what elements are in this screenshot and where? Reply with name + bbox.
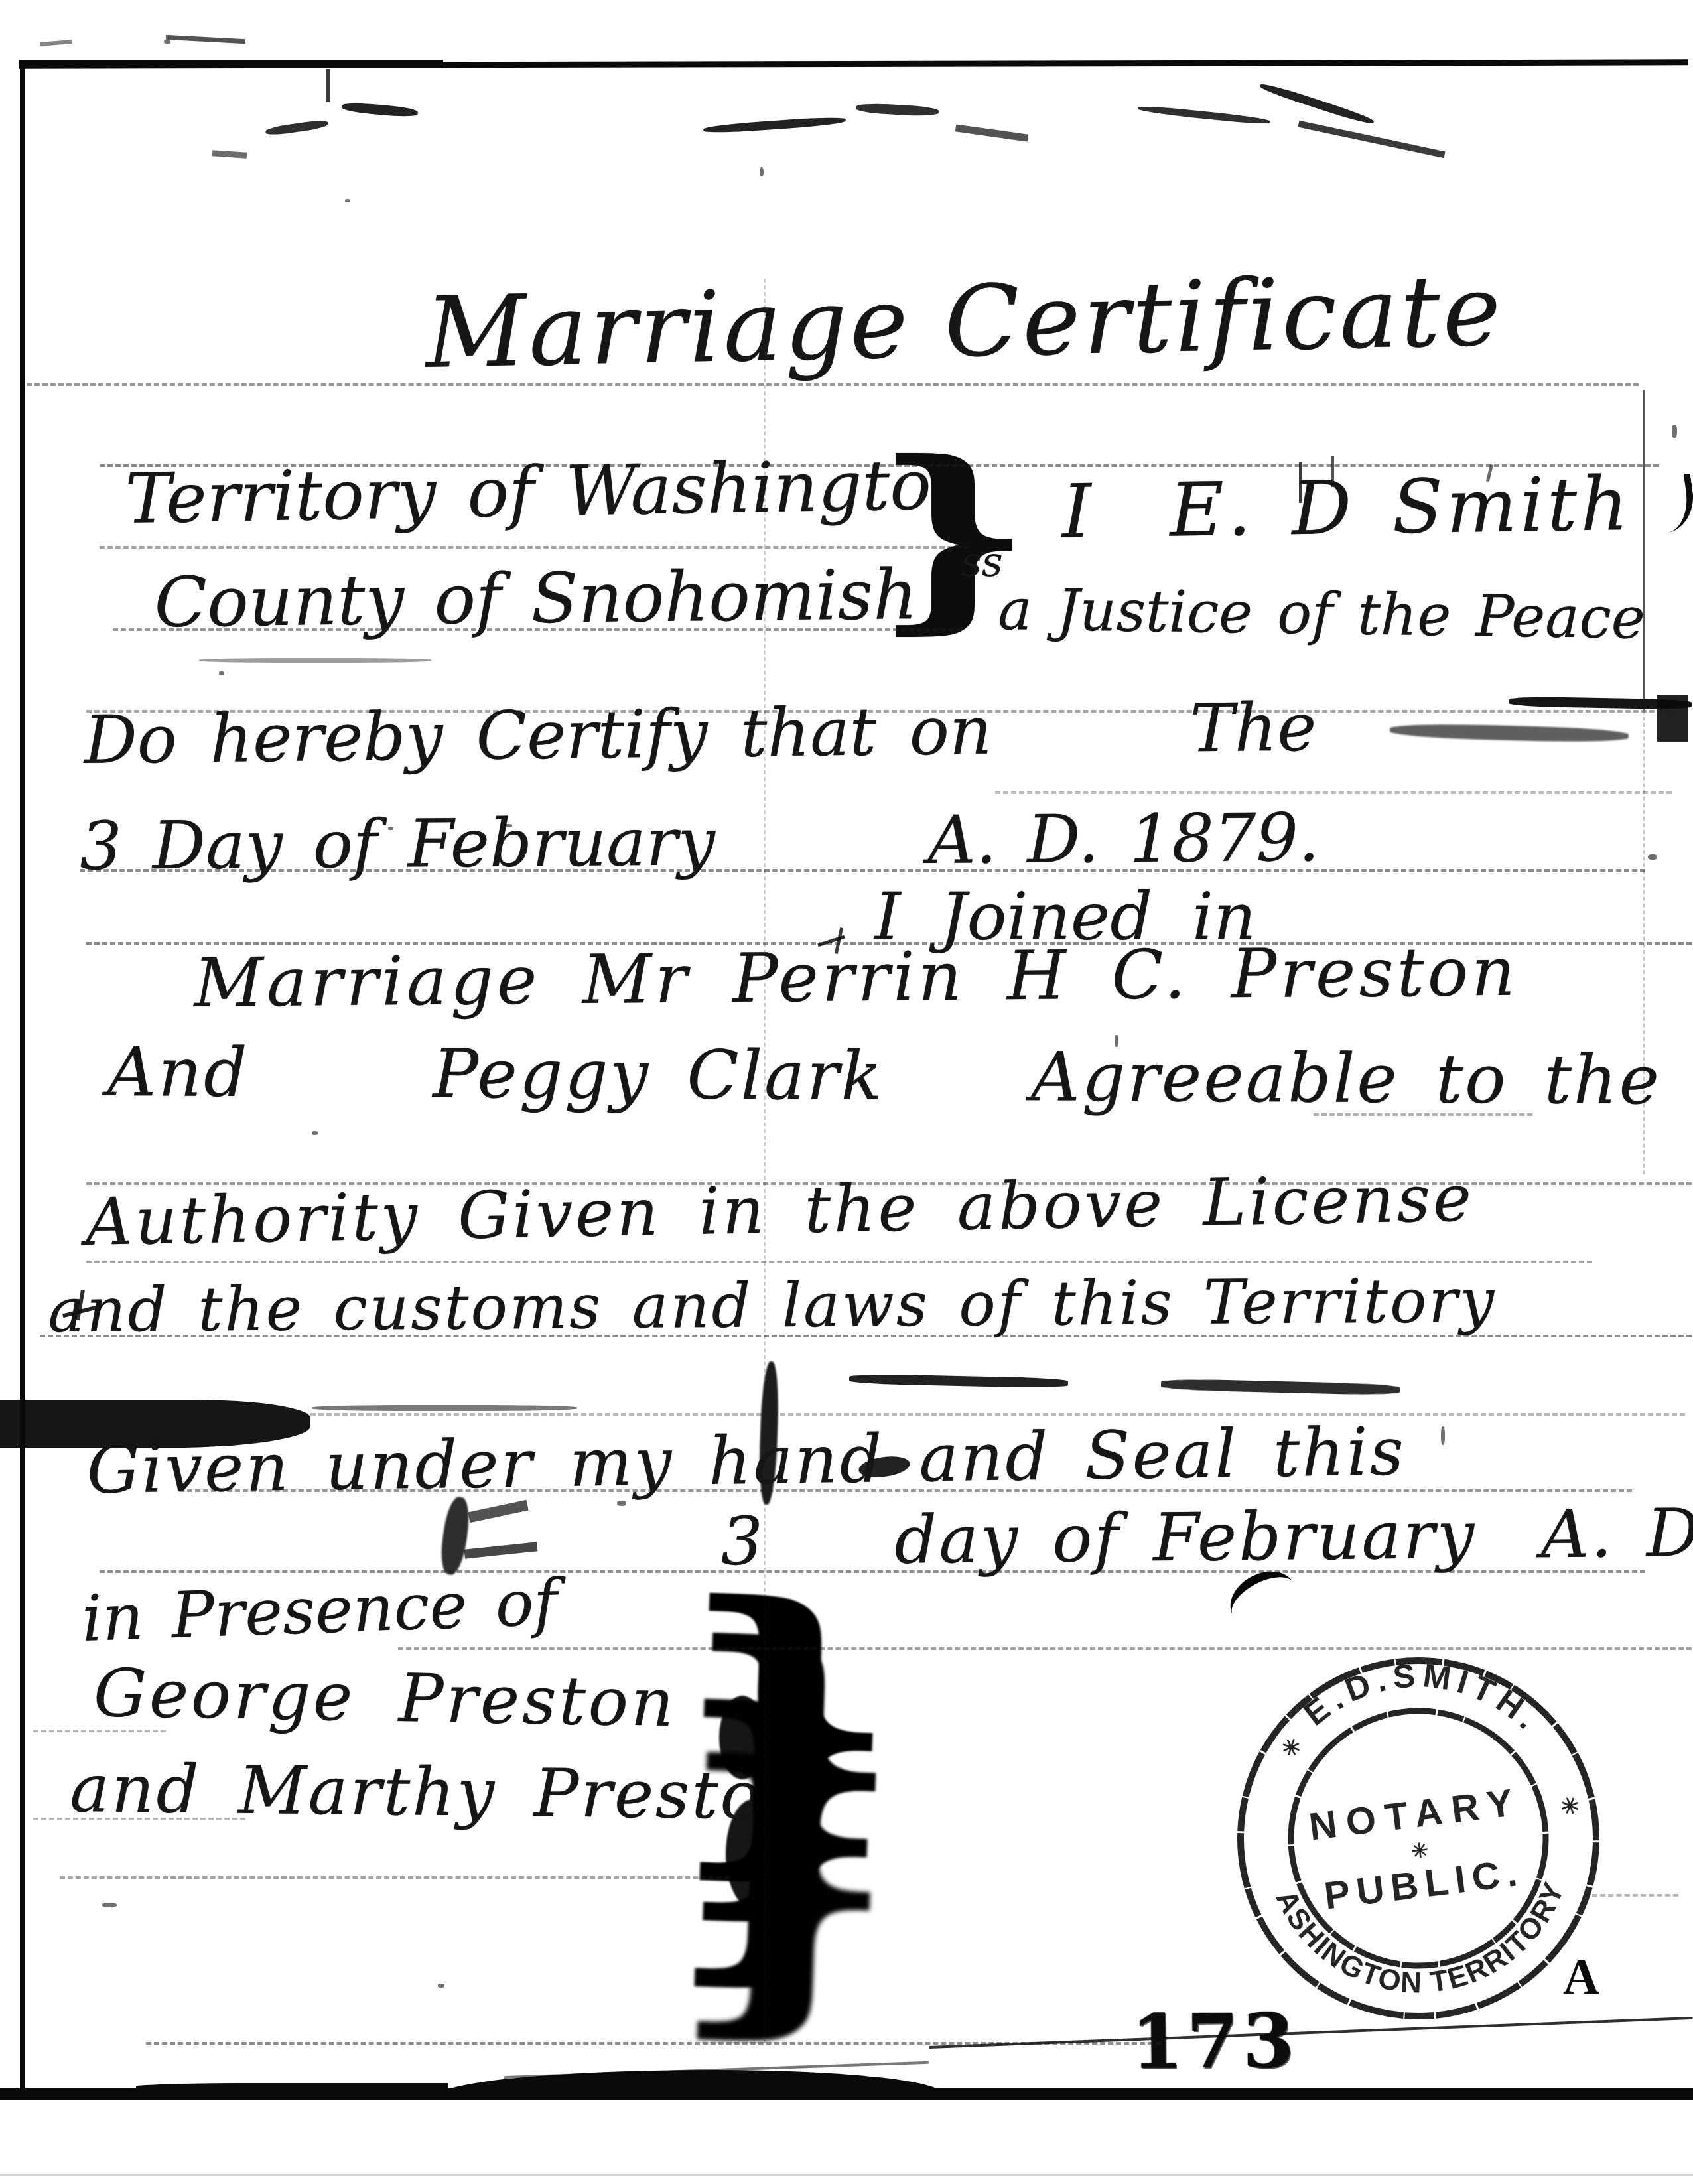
ruled-line bbox=[86, 1261, 1592, 1263]
officiant-name: I E. D Smith bbox=[1061, 467, 1632, 549]
scan-left-border bbox=[20, 61, 25, 2099]
ink-smudge bbox=[1657, 695, 1688, 742]
body-line-groom: Marriage Mr Perrin H C. Preston bbox=[194, 939, 1519, 1018]
body-line-certify: Do hereby Certify that on The bbox=[84, 695, 1317, 774]
witness-brace-blot: } bbox=[667, 1563, 909, 1883]
fold-line bbox=[1643, 390, 1645, 710]
document-title: Marriage Certificate bbox=[425, 261, 1505, 382]
ruled-line bbox=[86, 710, 1678, 713]
ruled-line bbox=[995, 791, 1672, 794]
ink-blot-char bbox=[464, 1542, 538, 1558]
ink-speck bbox=[388, 827, 393, 830]
ink-speck bbox=[438, 1984, 444, 1988]
ink-speck bbox=[1441, 1426, 1445, 1445]
ink-speck bbox=[504, 824, 512, 827]
ruled-line bbox=[1314, 1113, 1532, 1116]
ink-blot-char bbox=[438, 1495, 472, 1576]
ink-speck bbox=[760, 167, 764, 176]
ruled-line bbox=[1592, 1894, 1678, 1897]
ink-speck bbox=[164, 40, 170, 44]
ink-smudge bbox=[199, 658, 431, 663]
ink-speck bbox=[219, 671, 224, 675]
ink-smudge bbox=[312, 1405, 577, 1411]
stamp-left-star-icon: ✳ bbox=[1278, 1733, 1306, 1764]
ink-smudge bbox=[166, 35, 245, 44]
scanned-marriage-certificate-page: Marriage Certificate Territory of Washin… bbox=[0, 0, 1693, 2184]
ruled-line bbox=[146, 2042, 1161, 2045]
ink-smudge bbox=[703, 116, 846, 135]
ink-blot-char bbox=[468, 1500, 528, 1523]
ink-smudge bbox=[849, 1374, 1068, 1389]
ruled-line bbox=[113, 628, 962, 631]
scan-top-border-thick bbox=[19, 60, 443, 68]
ruled-line bbox=[86, 942, 1692, 945]
stamp-center-star-icon: ✳ bbox=[1410, 1839, 1430, 1863]
stamp-right-star-icon: ✳ bbox=[1556, 1791, 1583, 1822]
ruled-line bbox=[100, 1570, 1645, 1573]
venue-county-line: County of Snohomish bbox=[154, 560, 918, 637]
venue-territory-line: Territory of Washington bbox=[125, 450, 977, 533]
ink-smudge bbox=[1161, 1379, 1400, 1396]
scan-bottom-step bbox=[136, 2083, 448, 2091]
ink-smudge bbox=[265, 119, 329, 136]
body-line-authority: Authority Given in the above License bbox=[85, 1166, 1475, 1255]
ruled-line bbox=[33, 1730, 166, 1732]
ink-speck bbox=[345, 199, 350, 202]
ink-smudge bbox=[212, 150, 247, 159]
ink-smudge bbox=[1258, 82, 1375, 127]
ruled-line bbox=[100, 546, 969, 549]
ink-speck bbox=[1115, 1035, 1118, 1047]
ruled-line bbox=[33, 1818, 245, 1820]
ruled-line bbox=[100, 464, 1659, 467]
body-line-bride: And Peggy Clark Agreeable to the bbox=[107, 1039, 1661, 1115]
ink-smudge bbox=[856, 103, 939, 117]
ruled-line bbox=[80, 869, 1645, 872]
stamp-arc-top-text: E.D.SMITH. bbox=[1296, 1652, 1551, 1741]
ruled-line bbox=[86, 1182, 1692, 1185]
ink-smudge bbox=[326, 69, 330, 102]
corner-letter: A bbox=[1563, 1952, 1599, 2002]
pen-flourish bbox=[1645, 474, 1693, 535]
witness-name-george: George Preston bbox=[93, 1660, 677, 1736]
bottom-faint-line bbox=[0, 2174, 1693, 2176]
ruled-line bbox=[40, 1413, 1685, 1416]
witness-heading: in Presence of bbox=[81, 1570, 559, 1651]
ruled-line bbox=[27, 383, 1639, 386]
ink-smudge bbox=[1390, 722, 1629, 743]
ruled-line bbox=[179, 1489, 1632, 1492]
fold-line bbox=[1643, 710, 1645, 1174]
ruled-line bbox=[60, 1876, 730, 1879]
ink-smudge bbox=[40, 40, 72, 46]
ink-speck bbox=[1648, 854, 1657, 860]
ink-speck bbox=[312, 1131, 318, 1135]
officiant-title: a Justice of the Peace bbox=[998, 581, 1646, 648]
notary-stamp: E.D.SMITH. WASHINGTON TERRITORY. NOTARY … bbox=[1224, 1644, 1612, 2032]
ink-speck bbox=[1672, 425, 1677, 438]
ruled-line bbox=[40, 1335, 1692, 1337]
ink-speck bbox=[617, 1501, 626, 1506]
scan-bottom-blob bbox=[438, 2070, 942, 2096]
ink-smudge bbox=[1298, 121, 1445, 159]
stamp-notary-text: NOTARY bbox=[1307, 1780, 1524, 1849]
ink-speck bbox=[102, 1903, 117, 1907]
ruled-line bbox=[398, 1647, 1692, 1650]
body-line-customs: and the customs and laws of this Territo… bbox=[48, 1270, 1497, 1341]
ink-smudge bbox=[1138, 105, 1270, 126]
ink-smudge bbox=[342, 102, 419, 118]
ink-smudge bbox=[955, 124, 1028, 141]
fold-line bbox=[764, 279, 766, 2043]
